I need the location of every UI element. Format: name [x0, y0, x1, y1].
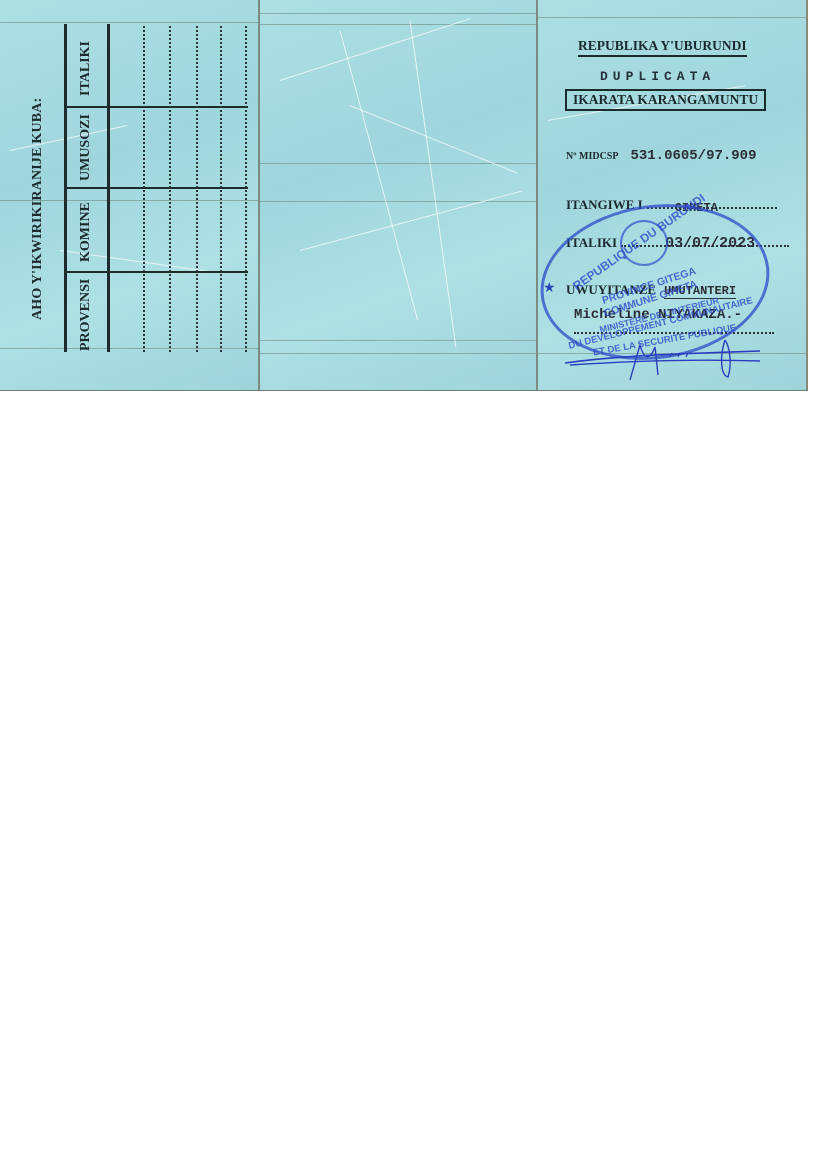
- signature: [560, 335, 770, 385]
- column-provensi: PROVENSI: [78, 279, 94, 351]
- column-italiki: ITALIKI: [78, 41, 94, 96]
- card-title: IKARATA KARANGAMUNTU: [565, 89, 766, 111]
- number-label: Nº MIDCSP: [566, 151, 618, 162]
- column-umusozi: UMUSOZI: [78, 114, 94, 181]
- registration-heading: AHO Y'IKWIRIKIRANIJE KUBA:: [30, 98, 46, 320]
- card-left-panel: AHO Y'IKWIRIKIRANIJE KUBA: PROVENSI KOMI…: [0, 0, 258, 390]
- number-field: Nº MIDCSP 531.0605/97.909: [566, 146, 757, 164]
- duplicate-stamp: DUPLICATA: [600, 69, 715, 84]
- number-value: 531.0605/97.909: [630, 148, 756, 164]
- column-komine: KOMINE: [78, 202, 94, 262]
- card-middle-panel: [258, 0, 538, 390]
- republic-title: REPUBLIKA Y'UBURUNDI: [578, 38, 747, 57]
